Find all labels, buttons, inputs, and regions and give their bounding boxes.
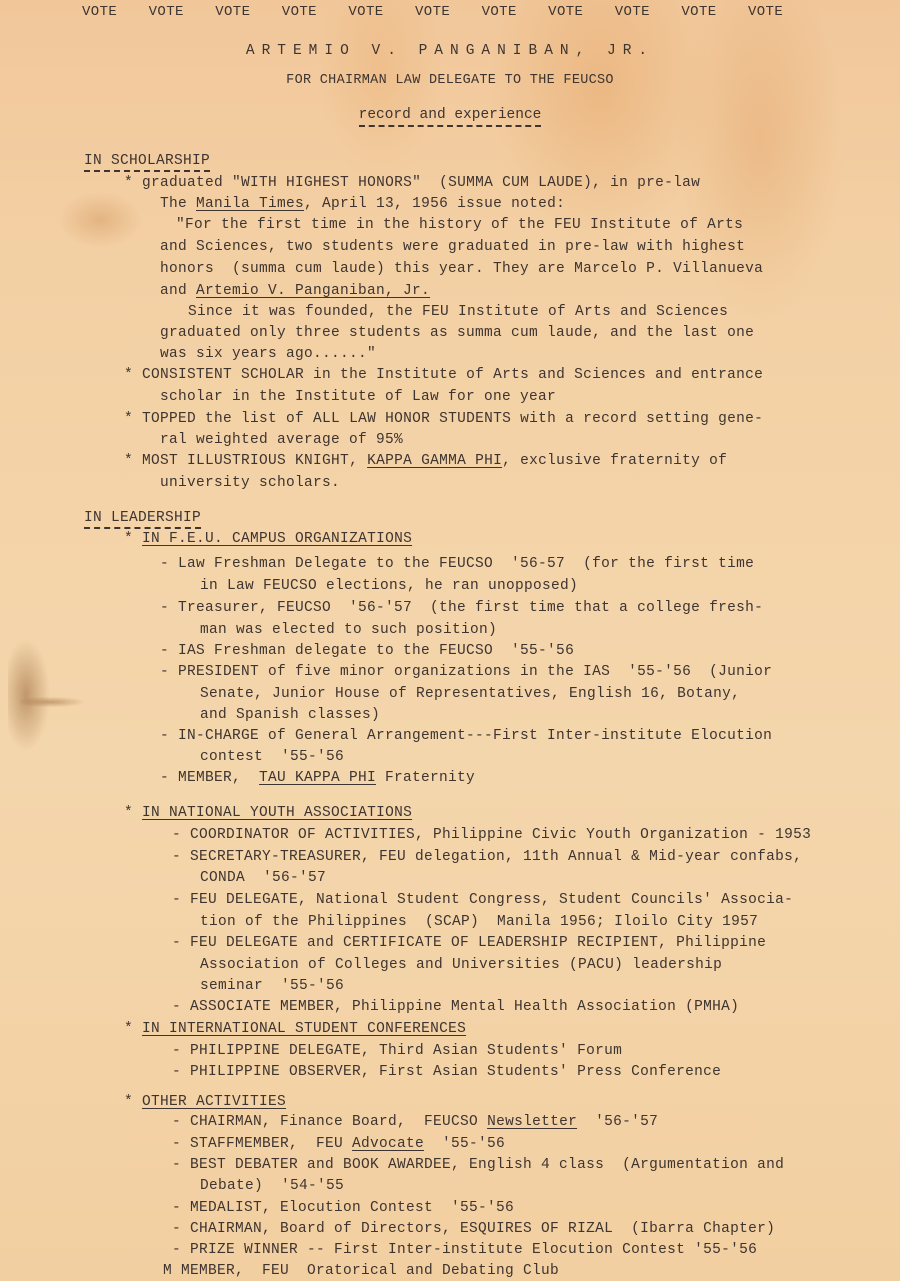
list-item: - MEMBER, TAU KAPPA PHI Fraternity (160, 769, 475, 787)
list-item: * graduated "WITH HIGHEST HONORS" (SUMMA… (124, 174, 700, 192)
list-item: - PHILIPPINE OBSERVER, First Asian Stude… (172, 1063, 721, 1081)
vote-word: VOTE (215, 4, 282, 20)
bullet-icon: * (124, 453, 133, 469)
subsection-heading-national: * IN NATIONAL YOUTH ASSOCIATIONS (124, 804, 412, 822)
list-item: - STAFFMEMBER, FEU Advocate '55-'56 (172, 1135, 505, 1153)
list-item: - FEU DELEGATE and CERTIFICATE OF LEADER… (172, 934, 766, 952)
candidate-name-ref: Artemio V. Panganiban, Jr. (196, 283, 430, 299)
list-item-text: Association of Colleges and Universities… (200, 956, 722, 974)
quote-line: honors (summa cum laude) this year. They… (160, 260, 763, 278)
publication-name: Advocate (352, 1136, 424, 1152)
vote-word: VOTE (681, 4, 748, 20)
list-item-text: scholar in the Institute of Law for one … (160, 388, 556, 406)
fraternity-name: TAU KAPPA PHI (259, 770, 376, 786)
vote-word: VOTE (149, 4, 216, 20)
bullet-icon: * (124, 805, 133, 821)
list-item: - Law Freshman Delegate to the FEUCSO '5… (160, 555, 754, 573)
quote-line: and Sciences, two students were graduate… (160, 238, 745, 256)
record-subheading: record and experience (0, 107, 900, 123)
list-item-text: tion of the Philippines (SCAP) Manila 19… (200, 913, 758, 931)
bullet-icon: * (124, 531, 133, 547)
list-item: - CHAIRMAN, Finance Board, FEUCSO Newsle… (172, 1113, 658, 1131)
vote-word: VOTE (282, 4, 349, 20)
list-item: - BEST DEBATER and BOOK AWARDEE, English… (172, 1156, 784, 1174)
quote-line: graduated only three students as summa c… (160, 324, 754, 342)
list-item-text: Senate, Junior House of Representatives,… (200, 685, 740, 703)
quote-line: Since it was founded, the FEU Institute … (188, 303, 728, 321)
vote-word: VOTE (748, 4, 815, 20)
list-item: - ASSOCIATE MEMBER, Philippine Mental He… (172, 998, 739, 1016)
bullet-icon: * (124, 367, 133, 383)
list-item-text: man was elected to such position) (200, 621, 497, 639)
vote-banner: VOTE VOTE VOTE VOTE VOTE VOTE VOTE VOTE … (82, 4, 815, 20)
list-item: - FEU DELEGATE, National Student Congres… (172, 891, 793, 909)
section-heading-scholarship: IN SCHOLARSHIP (84, 152, 210, 170)
vote-word: VOTE (548, 4, 615, 20)
list-item: * TOPPED the list of ALL LAW HONOR STUDE… (124, 410, 763, 428)
list-item: - Treasurer, FEUCSO '56-'57 (the first t… (160, 599, 763, 617)
list-item-text: contest '55-'56 (200, 748, 344, 766)
quote-line: "For the first time in the history of th… (176, 216, 743, 234)
list-item-text: and Spanish classes) (200, 706, 380, 724)
list-item: - IN-CHARGE of General Arrangement---Fir… (160, 727, 772, 745)
list-item: - CHAIRMAN, Board of Directors, ESQUIRES… (172, 1220, 775, 1238)
subsection-heading-international: * IN INTERNATIONAL STUDENT CONFERENCES (124, 1020, 466, 1038)
list-item: - COORDINATOR OF ACTIVITIES, Philippine … (172, 826, 811, 844)
quote-line: was six years ago......" (160, 345, 376, 363)
list-item-text: in Law FEUCSO elections, he ran unoppose… (200, 577, 578, 595)
list-item: - IAS Freshman delegate to the FEUCSO '5… (160, 642, 574, 660)
candidate-name: ARTEMIO V. PANGANIBAN, JR. (0, 43, 900, 59)
vote-word: VOTE (415, 4, 482, 20)
subsection-heading-other: * OTHER ACTIVITIES (124, 1093, 286, 1111)
bullet-icon: * (124, 411, 133, 427)
vote-word: VOTE (82, 4, 149, 20)
section-heading-leadership: IN LEADERSHIP (84, 509, 201, 527)
list-item-text: Debate) '54-'55 (200, 1177, 344, 1195)
list-item: - SECRETARY-TREASURER, FEU delegation, 1… (172, 848, 802, 866)
publication-name: Newsletter (487, 1114, 577, 1130)
list-item: - PHILIPPINE DELEGATE, Third Asian Stude… (172, 1042, 622, 1060)
list-item-text: The Manila Times, April 13, 1956 issue n… (160, 195, 565, 213)
list-item: M MEMBER, FEU Oratorical and Debating Cl… (163, 1262, 559, 1280)
vote-word: VOTE (615, 4, 682, 20)
list-item: - PRIZE WINNER -- First Inter-institute … (172, 1241, 757, 1259)
bullet-icon: * (124, 175, 133, 191)
record-subheading-text: record and experience (359, 107, 542, 127)
fraternity-name: KAPPA GAMMA PHI (367, 453, 502, 469)
list-item: - PRESIDENT of five minor organizations … (160, 663, 772, 681)
bullet-icon: * (124, 1021, 133, 1037)
bullet-icon: * (124, 1094, 133, 1110)
list-item-text: university scholars. (160, 474, 340, 492)
list-item-text: CONDA '56-'57 (200, 869, 326, 887)
vote-word: VOTE (348, 4, 415, 20)
candidate-position: FOR CHAIRMAN LAW DELEGATE TO THE FEUCSO (0, 73, 900, 88)
list-item-text: seminar '55-'56 (200, 977, 344, 995)
list-item: - MEDALIST, Elocution Contest '55-'56 (172, 1199, 514, 1217)
water-stain-streak (20, 695, 90, 709)
paper-background (0, 0, 900, 1281)
quote-line: and Artemio V. Panganiban, Jr. (160, 282, 430, 300)
list-item: * CONSISTENT SCHOLAR in the Institute of… (124, 366, 763, 384)
newspaper-title: Manila Times (196, 196, 304, 212)
vote-word: VOTE (482, 4, 549, 20)
list-item: * MOST ILLUSTRIOUS KNIGHT, KAPPA GAMMA P… (124, 452, 727, 470)
list-item-text: ral weighted average of 95% (160, 431, 403, 449)
subsection-heading-campus: * IN F.E.U. CAMPUS ORGANIZATIONS (124, 530, 412, 548)
